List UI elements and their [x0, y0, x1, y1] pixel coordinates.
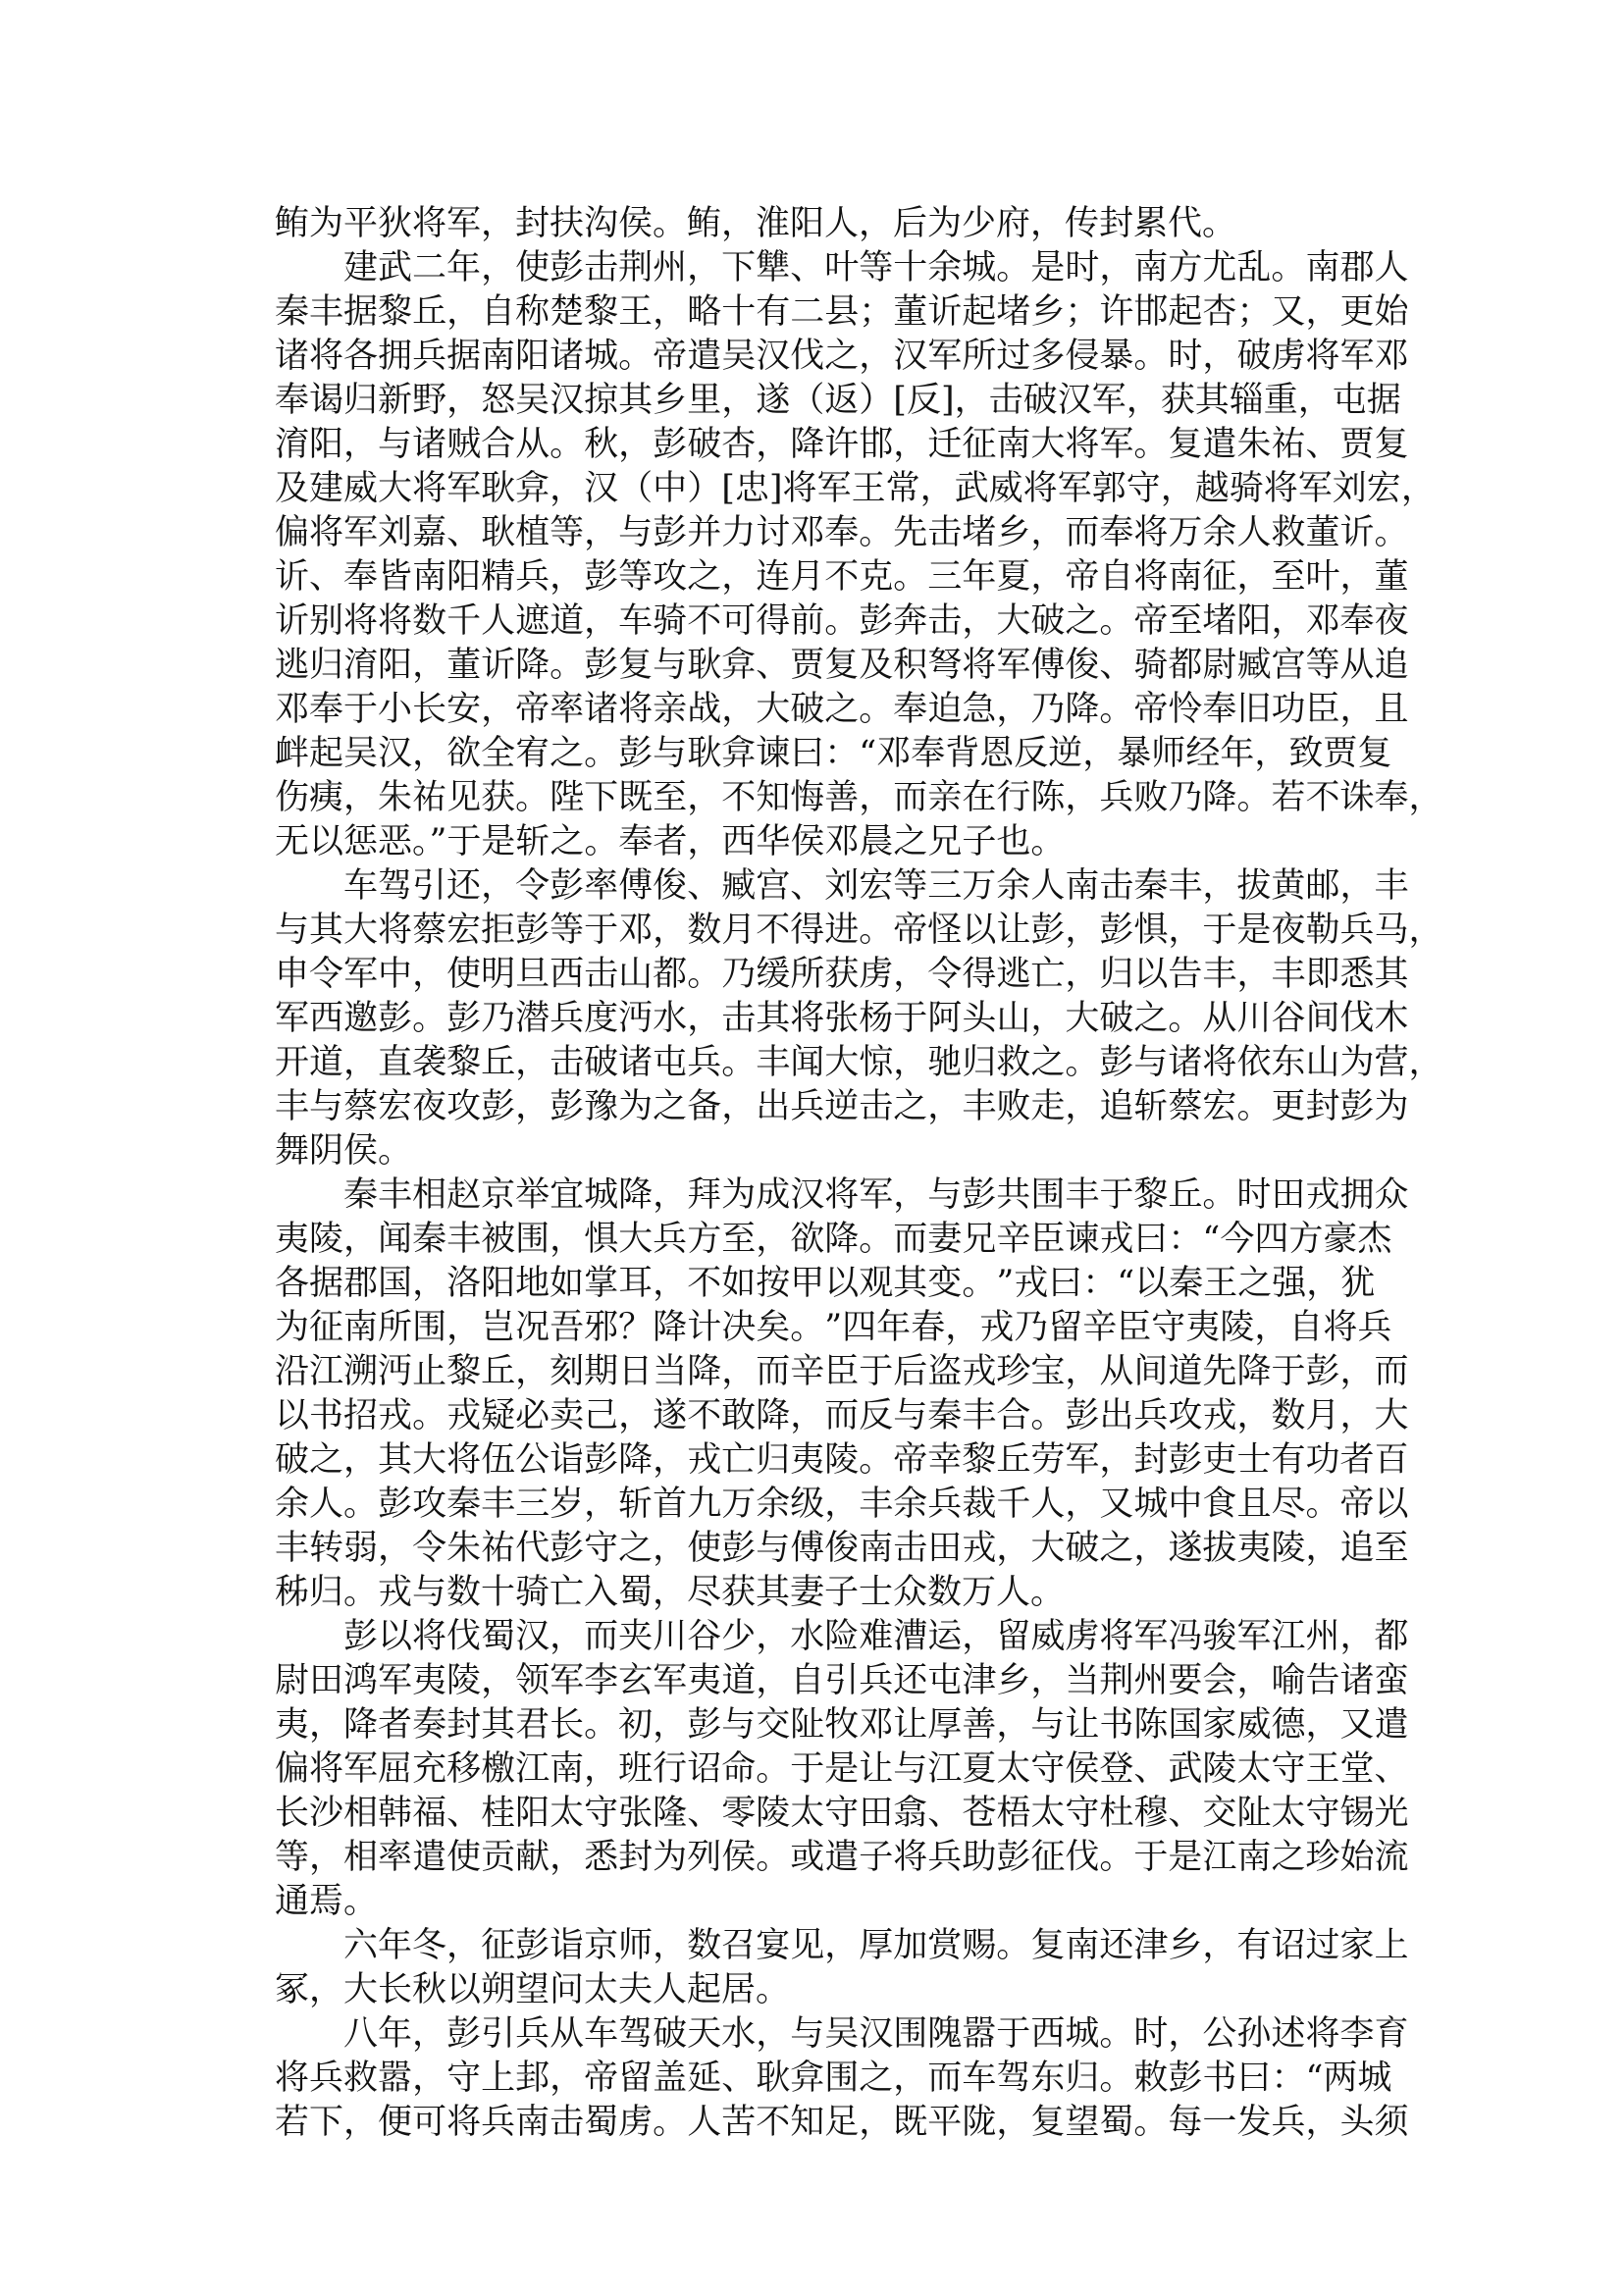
glyph: 掠 — [584, 379, 618, 423]
glyph: 沿 — [275, 1350, 309, 1394]
glyph: ， — [1305, 1527, 1339, 1571]
glyph: 鸿 — [343, 1659, 378, 1703]
glyph: ， — [1271, 600, 1305, 644]
glyph: 西 — [309, 997, 343, 1041]
glyph: 上 — [481, 2057, 515, 2101]
glyph: 南 — [1236, 1836, 1271, 1880]
text-line: 偏将军刘嘉、耿植等，与彭并力讨邓奉。先击堵乡，而奉将万余人救董䜣。 — [275, 511, 1350, 555]
glyph: ， — [1236, 1659, 1271, 1703]
glyph: 黎 — [584, 290, 618, 335]
glyph: 俊 — [653, 864, 687, 909]
glyph: 诸 — [618, 1041, 653, 1085]
glyph: 彭 — [1339, 1085, 1374, 1129]
glyph: 蜀 — [584, 2101, 618, 2145]
glyph: 乃 — [1014, 1306, 1048, 1350]
glyph: 使 — [515, 246, 550, 290]
glyph: 丰 — [756, 1041, 790, 1085]
glyph: 夷 — [275, 1703, 309, 1747]
glyph: 。 — [618, 335, 653, 379]
glyph: 望 — [1065, 2101, 1099, 2145]
glyph: 将 — [343, 600, 378, 644]
glyph: 攻 — [1168, 1394, 1202, 1438]
glyph: 其 — [1375, 953, 1409, 997]
glyph: 不 — [824, 555, 859, 600]
text-line: 奉谒归新野，怒吴汉掠其乡里，遂（返）[反]，击破汉军，获其辎重，屯据 — [275, 379, 1350, 423]
glyph: ， — [412, 1262, 446, 1306]
glyph: 之 — [687, 555, 721, 600]
glyph: 据 — [309, 1262, 343, 1306]
glyph: 降 — [790, 423, 824, 467]
glyph: ， — [1298, 379, 1333, 423]
glyph: ， — [1305, 1703, 1339, 1747]
glyph: ， — [1202, 1924, 1236, 1968]
glyph: 使 — [446, 953, 481, 997]
glyph: 与 — [1133, 1041, 1168, 1085]
glyph: 善 — [962, 1703, 996, 1747]
glyph: 夷 — [275, 1218, 309, 1262]
glyph: 暴 — [1099, 335, 1133, 379]
glyph: 余 — [927, 246, 962, 290]
glyph: ， — [309, 1703, 343, 1747]
glyph: 人 — [1030, 864, 1065, 909]
glyph: 时 — [1065, 246, 1099, 290]
glyph: 秦 — [343, 1173, 378, 1218]
glyph: ； — [859, 290, 893, 335]
glyph: 兵 — [687, 1041, 721, 1085]
glyph: ， — [756, 1218, 790, 1262]
text-line: 开道，直袭黎丘，击破诸屯兵。丰闻大惊，驰归救之。彭与诸将依东山为营， — [275, 1041, 1350, 1085]
glyph: ， — [687, 997, 721, 1041]
glyph: 各 — [343, 335, 378, 379]
glyph: 遣 — [687, 335, 721, 379]
glyph: 军 — [1058, 467, 1092, 511]
glyph: 帝 — [1339, 1483, 1374, 1527]
glyph: 城 — [1133, 1483, 1168, 1527]
paragraph-start-line: 车驾引还，令彭率傅俊、臧宫、刘宏等三万余人南击秦丰，拔黄邮，丰 — [275, 864, 1350, 909]
glyph: 而 — [1065, 511, 1099, 555]
glyph: 余 — [756, 1483, 790, 1527]
glyph: 彭 — [584, 1438, 618, 1483]
paragraph-start-line: 八年，彭引兵从车驾破天水，与吴汉围隗嚣于西城。时，公孙述将李育 — [275, 2012, 1350, 2057]
glyph: 二 — [412, 246, 446, 290]
glyph: 救 — [996, 1041, 1030, 1085]
glyph: 惧 — [1133, 909, 1168, 953]
document-page: 鲔为平狄将军，封扶沟侯。鲔，淮阳人，后为少府，传封累代。建武二年，使彭击荆州，下… — [275, 202, 1350, 2145]
glyph: 击 — [1099, 864, 1133, 909]
glyph: 二 — [790, 290, 824, 335]
glyph: 䜣 — [1339, 511, 1374, 555]
glyph: 数 — [687, 909, 721, 953]
glyph: “ — [1117, 1262, 1134, 1306]
glyph: 所 — [962, 335, 996, 379]
glyph: 陈 — [1030, 776, 1065, 820]
glyph: 陵 — [824, 1438, 859, 1483]
glyph: 牧 — [824, 1703, 859, 1747]
glyph: 等 — [550, 511, 584, 555]
glyph: 育 — [1374, 2012, 1408, 2057]
text-line: 各据郡国，洛阳地如掌耳，不如按甲以观其变。”戎曰：“以秦王之强，犹 — [275, 1262, 1350, 1306]
glyph: 与 — [721, 1703, 756, 1747]
glyph: 奏 — [412, 1703, 446, 1747]
glyph: 。 — [790, 1306, 824, 1350]
glyph: ， — [859, 2101, 893, 2145]
glyph: ， — [1305, 2101, 1339, 2145]
glyph: 更 — [1271, 1085, 1305, 1129]
glyph: 围 — [412, 1306, 446, 1350]
glyph: 隆 — [653, 1792, 687, 1836]
glyph: 兵 — [515, 2012, 550, 2057]
glyph: 犨 — [756, 246, 790, 290]
glyph: 守 — [1151, 1306, 1185, 1350]
glyph: 董 — [893, 290, 927, 335]
glyph: 彭 — [653, 511, 687, 555]
glyph: 令 — [515, 864, 550, 909]
glyph: ， — [481, 864, 515, 909]
glyph: “ — [1305, 2057, 1323, 2101]
glyph: 书 — [1099, 1703, 1133, 1747]
glyph: 弇 — [721, 732, 756, 776]
glyph: 破 — [1099, 997, 1133, 1041]
glyph: 诏 — [687, 1747, 721, 1792]
glyph: 年 — [446, 246, 481, 290]
glyph: 彭 — [343, 1615, 378, 1659]
glyph: 王 — [1305, 1747, 1339, 1792]
glyph: 上 — [1374, 1924, 1408, 1968]
glyph: ， — [481, 1659, 515, 1703]
glyph: ， — [653, 290, 687, 335]
glyph: 所 — [378, 1306, 412, 1350]
glyph: 八 — [343, 2012, 378, 2057]
glyph: 彭 — [653, 423, 687, 467]
glyph: 军 — [550, 1659, 584, 1703]
glyph: 谏 — [1065, 1218, 1099, 1262]
glyph: 县 — [824, 290, 859, 335]
glyph: 将 — [1323, 1306, 1357, 1350]
glyph: ， — [893, 423, 927, 467]
glyph: 变 — [927, 1262, 962, 1306]
glyph: 道 — [550, 600, 584, 644]
glyph: 登 — [1099, 1747, 1133, 1792]
glyph: 蔡 — [412, 909, 446, 953]
glyph: ， — [1065, 1350, 1099, 1394]
glyph: 于 — [584, 909, 618, 953]
glyph: ， — [515, 1085, 550, 1129]
glyph: 。 — [1168, 997, 1202, 1041]
glyph: 列 — [687, 1836, 721, 1880]
glyph: 南 — [550, 1747, 584, 1792]
glyph: ， — [1099, 246, 1133, 290]
glyph: 大 — [618, 1218, 653, 1262]
glyph: 厚 — [859, 1924, 893, 1968]
glyph: 击 — [859, 1085, 893, 1129]
glyph: ， — [1236, 1394, 1271, 1438]
glyph: 威 — [989, 467, 1023, 511]
glyph: 自 — [481, 290, 515, 335]
glyph: 戎 — [378, 1394, 412, 1438]
text-line: 沿江溯沔止黎丘，刻期日当降，而辛臣于后盗戎珍宝，从间道先降于彭，而 — [275, 1350, 1350, 1394]
glyph: 田 — [859, 1792, 893, 1836]
glyph: 力 — [721, 511, 756, 555]
glyph: 兵 — [550, 997, 584, 1041]
glyph: 弇 — [721, 644, 756, 688]
glyph: 。 — [1099, 600, 1133, 644]
glyph: ， — [1401, 467, 1436, 511]
glyph: ， — [653, 1527, 687, 1571]
glyph: 。 — [824, 600, 859, 644]
glyph: 山 — [618, 953, 653, 997]
glyph: 翕 — [893, 1792, 927, 1836]
glyph: 陵 — [446, 1659, 481, 1703]
glyph: 、 — [687, 1792, 721, 1836]
glyph: 军 — [343, 953, 378, 997]
glyph: ， — [756, 2012, 790, 2057]
glyph: 津 — [1133, 1924, 1168, 1968]
glyph: ， — [1339, 688, 1374, 732]
glyph: 于 — [1133, 1836, 1168, 1880]
glyph: 起 — [309, 732, 343, 776]
glyph: 。 — [1236, 776, 1271, 820]
glyph: 洛 — [446, 1262, 481, 1306]
glyph: 骑 — [1133, 644, 1168, 688]
glyph: ， — [446, 290, 481, 335]
glyph: 卖 — [550, 1394, 584, 1438]
glyph: ， — [945, 1306, 979, 1350]
glyph: 吴 — [343, 732, 378, 776]
glyph: ， — [1065, 909, 1099, 953]
glyph: ， — [343, 423, 378, 467]
glyph: 丘 — [996, 1438, 1030, 1483]
glyph: 而 — [893, 776, 927, 820]
glyph: 于 — [790, 1747, 824, 1792]
glyph: 万 — [962, 864, 996, 909]
glyph: 州 — [653, 246, 687, 290]
glyph: 丰 — [962, 1394, 996, 1438]
glyph: 彭 — [1030, 909, 1065, 953]
glyph: 见 — [446, 776, 481, 820]
glyph: 复 — [1030, 2101, 1065, 2145]
glyph: 耿 — [687, 732, 721, 776]
glyph: 彭 — [962, 1173, 996, 1218]
glyph: 征 — [1030, 1836, 1065, 1880]
glyph: 其 — [481, 1703, 515, 1747]
glyph: 䜣 — [275, 600, 309, 644]
glyph: 帝 — [893, 909, 927, 953]
glyph: 南 — [481, 335, 515, 379]
glyph: ， — [721, 1350, 756, 1394]
glyph: 彭 — [515, 909, 550, 953]
glyph: 将 — [1202, 1041, 1236, 1085]
glyph: 略 — [687, 290, 721, 335]
glyph: 将 — [893, 1836, 927, 1880]
glyph: 依 — [1236, 1041, 1271, 1085]
text-line: 淯阳，与诸贼合从。秋，彭破杏，降许邯，迁征南大将军。复遣朱祐、贾复 — [275, 423, 1350, 467]
glyph: 闻 — [790, 1041, 824, 1085]
glyph: 、 — [687, 864, 721, 909]
glyph: 人 — [1374, 246, 1408, 290]
glyph: 公 — [1202, 2012, 1236, 2057]
glyph: 尉 — [275, 1659, 309, 1703]
glyph: 彭 — [1305, 1350, 1339, 1394]
glyph: 令 — [927, 953, 962, 997]
glyph: 余 — [1202, 511, 1236, 555]
glyph: 犹 — [1340, 1262, 1375, 1306]
glyph: 邮 — [1305, 864, 1339, 909]
glyph: 汉 — [378, 732, 412, 776]
glyph: 宥 — [515, 732, 550, 776]
glyph: 刘 — [378, 511, 412, 555]
glyph: 运 — [927, 1615, 962, 1659]
glyph: ， — [1168, 2012, 1202, 2057]
glyph: 别 — [309, 600, 343, 644]
glyph: 遣 — [1375, 1703, 1409, 1747]
glyph: 车 — [343, 864, 378, 909]
glyph: 城 — [1065, 2012, 1099, 2057]
glyph: 破 — [1023, 379, 1058, 423]
glyph: 漕 — [893, 1615, 927, 1659]
glyph: 级 — [790, 1483, 824, 1527]
glyph: 许 — [1099, 290, 1133, 335]
glyph: 与 — [756, 1527, 790, 1571]
glyph: 秦 — [275, 290, 309, 335]
glyph: 长 — [550, 1703, 584, 1747]
glyph: 驾 — [378, 864, 412, 909]
glyph: 军 — [378, 1659, 412, 1703]
text-line: 以书招戎。戎疑必卖己，遂不敢降，而反与秦丰合。彭出兵攻戎，数月，大 — [275, 1394, 1350, 1438]
glyph: 引 — [824, 1659, 859, 1703]
glyph: 降 — [653, 1306, 687, 1350]
glyph: 拥 — [378, 335, 412, 379]
glyph: 当 — [1065, 1659, 1099, 1703]
glyph: 屯 — [927, 1659, 962, 1703]
glyph: 悉 — [584, 1836, 618, 1880]
glyph: 与 — [275, 909, 309, 953]
glyph: 彭 — [378, 1483, 412, 1527]
glyph: 当 — [653, 1350, 687, 1394]
text-line: 及建威大将军耿弇，汉（中）[忠]将军王常，武威将军郭守，越骑将军刘宏， — [275, 467, 1350, 511]
glyph: 兵 — [1133, 1394, 1168, 1438]
glyph: 东 — [1271, 1041, 1305, 1085]
glyph: 杜 — [1099, 1792, 1133, 1836]
glyph: 堵 — [962, 511, 996, 555]
glyph: 不 — [721, 776, 756, 820]
glyph: 降 — [824, 1218, 859, 1262]
glyph: 安 — [446, 688, 481, 732]
glyph: 太 — [1271, 1792, 1305, 1836]
glyph: 于 — [893, 997, 927, 1041]
glyph: 臧 — [1236, 644, 1271, 688]
glyph: 蔡 — [343, 1085, 378, 1129]
glyph: ， — [893, 2057, 927, 2101]
glyph: 田 — [927, 1527, 962, 1571]
glyph: 破 — [1236, 335, 1271, 379]
glyph: 击 — [550, 2101, 584, 2145]
glyph: 而 — [756, 1350, 790, 1394]
text-line: 偏将军屈充移檄江南，班行诏命。于是让与江夏太守侯登、武陵太守王堂、 — [275, 1747, 1350, 1792]
glyph: 臧 — [721, 864, 756, 909]
glyph: 方 — [1288, 1218, 1323, 1262]
glyph: 敕 — [1133, 2057, 1168, 2101]
glyph: 许 — [824, 423, 859, 467]
glyph: 衅 — [275, 732, 309, 776]
glyph: ， — [824, 1483, 859, 1527]
glyph: 吴 — [515, 379, 550, 423]
glyph: 乡 — [996, 511, 1030, 555]
glyph: 若 — [1271, 776, 1305, 820]
glyph: 将 — [275, 2057, 309, 2101]
glyph: 以 — [378, 1615, 412, 1659]
glyph: 将 — [1099, 1615, 1133, 1659]
glyph: 是 — [1236, 909, 1271, 953]
glyph: 起 — [1168, 290, 1202, 335]
glyph: 急 — [962, 688, 996, 732]
glyph: 陇 — [962, 2101, 996, 2145]
glyph: 宫 — [1271, 644, 1305, 688]
glyph: 车 — [962, 2057, 996, 2101]
glyph: 兵 — [515, 555, 550, 600]
glyph: 守 — [584, 1792, 618, 1836]
glyph: 时 — [1236, 1173, 1271, 1218]
glyph: 虏 — [1271, 335, 1305, 379]
glyph: 复 — [1030, 1924, 1065, 1968]
glyph: 兵 — [1357, 1306, 1391, 1350]
glyph: 兵 — [927, 1483, 962, 1527]
glyph: ， — [996, 1703, 1030, 1747]
glyph: 夜 — [412, 1085, 446, 1129]
glyph: 道 — [1168, 1350, 1202, 1394]
glyph: ， — [687, 776, 721, 820]
glyph: 更 — [1339, 290, 1374, 335]
glyph: 征 — [1202, 555, 1236, 600]
glyph: 傅 — [1030, 644, 1065, 688]
glyph: 大 — [1030, 1527, 1065, 1571]
glyph: 遣 — [824, 1836, 859, 1880]
glyph: 祐 — [412, 776, 446, 820]
glyph: 乃 — [721, 953, 756, 997]
glyph: 千 — [996, 1483, 1030, 1527]
glyph: 与 — [927, 1173, 962, 1218]
glyph: ， — [1339, 555, 1374, 600]
glyph: 兄 — [962, 1218, 996, 1262]
glyph: 年 — [876, 1306, 911, 1350]
glyph: 救 — [1271, 511, 1305, 555]
glyph: 邯 — [859, 423, 893, 467]
text-line: 将兵救嚣，守上邽，帝留盖延、耿弇围之，而车驾东归。敕彭书曰：“两城 — [275, 2057, 1350, 2101]
glyph: 彭 — [550, 1085, 584, 1129]
glyph: 汉 — [756, 335, 790, 379]
text-line: 丰与蔡宏夜攻彭，彭豫为之备，出兵逆击之，丰败走，追斩蔡宏。更封彭为 — [275, 1085, 1350, 1129]
glyph: 陛 — [550, 776, 584, 820]
glyph: 隗 — [927, 2012, 962, 2057]
glyph: 诸 — [550, 335, 584, 379]
glyph: 郡 — [343, 1262, 378, 1306]
glyph: 充 — [412, 1747, 446, 1792]
glyph: 。 — [1133, 423, 1168, 467]
glyph: 归 — [962, 1041, 996, 1085]
glyph: 、 — [1168, 1792, 1202, 1836]
glyph: 人 — [1030, 1483, 1065, 1527]
glyph: 曰 — [1133, 1218, 1168, 1262]
glyph: ， — [1254, 732, 1288, 776]
glyph: ， — [446, 1306, 481, 1350]
glyph: 邓 — [618, 909, 653, 953]
glyph: 降 — [687, 1350, 721, 1394]
glyph: 江 — [515, 1747, 550, 1792]
glyph: ， — [1339, 1615, 1374, 1659]
glyph: 首 — [653, 1483, 687, 1527]
glyph: 君 — [515, 1703, 550, 1747]
glyph: 彭 — [515, 1924, 550, 1968]
glyph: 围 — [824, 2057, 859, 2101]
